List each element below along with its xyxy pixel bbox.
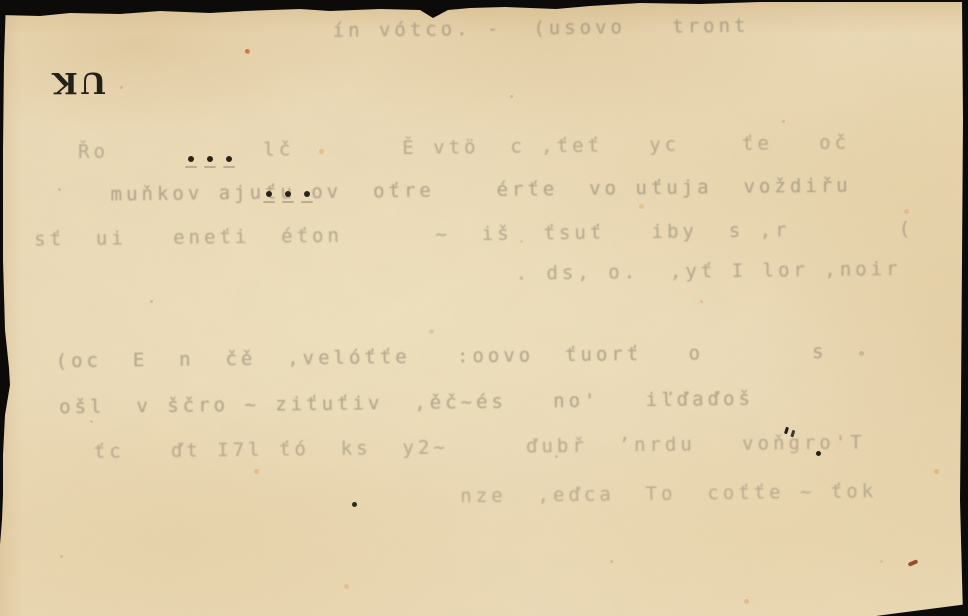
ink-dot <box>188 156 194 162</box>
bleedthrough-line: ťc ďt I7l ťó ks y2~ ďubř ʼnrdu voňgro'T <box>94 431 866 462</box>
scanned-card: ín vótco. - (usovo tront Řo lč Ě vtö c ,… <box>0 0 968 616</box>
ink-dot <box>266 191 272 197</box>
bleedthrough-line: . ds, o. ,yť I lor ,noir <box>515 258 901 285</box>
period-dot-bottom-left <box>352 502 357 507</box>
typed-ellipsis-lower <box>266 191 310 197</box>
bleedthrough-line: ošl v ščro ~ ziťuťiv ,ěč~és no' iľďaďoš <box>59 388 754 418</box>
bleedthrough-line: nze ,eďca To coťťe ~ ťok <box>460 480 877 507</box>
ink-dot <box>285 191 291 197</box>
typed-ellipsis-upper <box>188 156 232 162</box>
uk-stamp: UK <box>40 64 106 100</box>
period-dot-right <box>816 451 821 456</box>
bleedthrough-text-layer: ín vótco. - (usovo tront Řo lč Ě vtö c ,… <box>0 0 968 616</box>
bleedthrough-line: (oc E n čě ,velóťťe :oovo ťuorť o s <box>55 341 827 372</box>
ink-dot <box>207 156 213 162</box>
bleedthrough-line: ín vótco. - (usovo tront <box>332 15 749 42</box>
ink-dot <box>226 156 232 162</box>
bleedthrough-line: sť ui eneťi éťon ~ iš ťsuť iby s ,r ( <box>34 218 914 251</box>
orange-speck <box>245 49 249 53</box>
ink-dot <box>304 191 310 197</box>
bleedthrough-line: muňkov ajuťu ov oťre érťe vo uťuja voždi… <box>110 175 851 206</box>
